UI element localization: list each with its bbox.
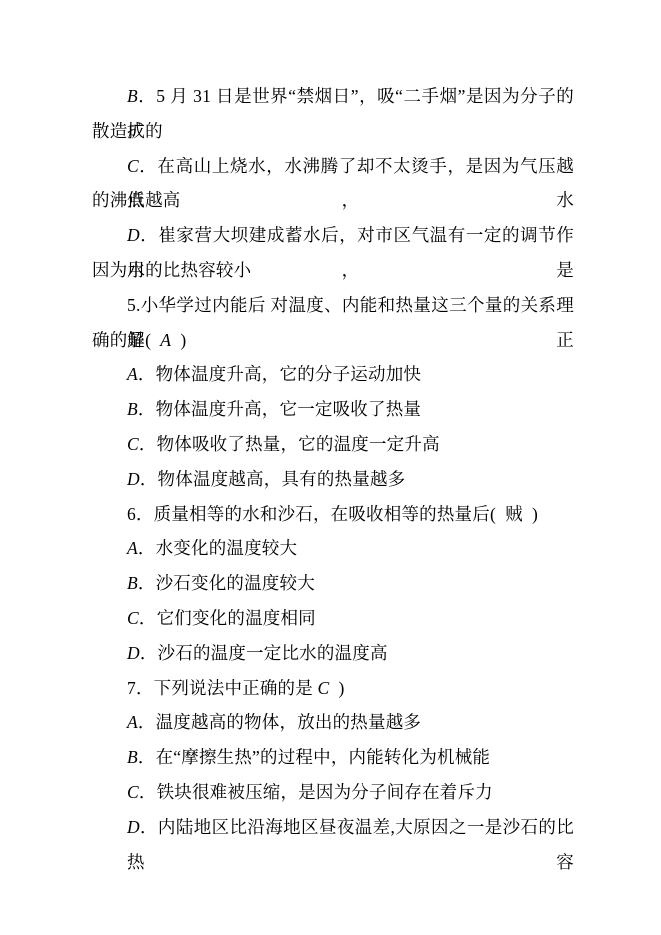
document-page: B．5 月 31 日是世界“禁烟日”，吸“二手烟”是因为分子的扩散造成的C．在高… [92, 79, 574, 845]
option-letter: C [127, 608, 139, 628]
text-run: 散造成的 [92, 121, 163, 141]
option-letter: C [127, 782, 139, 802]
text-run: ) [329, 678, 344, 698]
text-run: ．物体温度升高，它一定吸收了热量 [138, 399, 421, 419]
text-run: ．铁块很难被压缩，是因为分子间存在着斥力 [139, 782, 493, 802]
option-letter: A [127, 712, 138, 732]
text-run: 确的是( [92, 330, 160, 350]
text-line: C．在高山上烧水，水沸腾了却不太烫手，是因为气压越低，水 [92, 149, 574, 184]
text-line: B．沙石变化的温度较大 [92, 566, 574, 601]
option-letter: B [127, 573, 138, 593]
option-letter: A [127, 538, 138, 558]
option-letter: B [127, 399, 138, 419]
text-run: ．它们变化的温度相同 [139, 608, 316, 628]
text-line: A．温度越高的物体，放出的热量越多 [92, 705, 574, 740]
text-run: ．水变化的温度较大 [138, 538, 297, 558]
text-run: ．物体温度越高，具有的热量越多 [140, 469, 406, 489]
option-letter: D [127, 817, 140, 837]
text-line: 散造成的 [92, 114, 574, 149]
option-letter: C [127, 434, 139, 454]
option-letter: D [127, 643, 140, 663]
text-run: ．在“摩擦生热”的过程中，内能转化为机械能 [138, 747, 490, 767]
option-letter: D [127, 225, 140, 245]
text-run: ．物体温度升高，它的分子运动加快 [138, 364, 421, 384]
text-line: C．它们变化的温度相同 [92, 601, 574, 636]
text-run: ．在高山上烧水，水沸腾了却不太烫手，是因为气压越低，水 [127, 156, 574, 211]
option-letter: A [160, 330, 171, 350]
option-letter: C [318, 678, 330, 698]
text-line: B．在“摩擦生热”的过程中，内能转化为机械能 [92, 740, 574, 775]
text-line: A．物体温度升高，它的分子运动加快 [92, 357, 574, 392]
option-letter: D [127, 469, 140, 489]
text-run: ．内陆地区比沿海地区昼夜温差,大原因之一是沙石的比热容 [127, 817, 574, 872]
text-run: 因为水的比热容较小 [92, 260, 251, 280]
option-letter: C [127, 156, 139, 176]
text-line: B．5 月 31 日是世界“禁烟日”，吸“二手烟”是因为分子的扩 [92, 79, 574, 114]
option-letter: A [127, 364, 138, 384]
text-run: ．沙石的温度一定比水的温度高 [140, 643, 388, 663]
text-run: ．沙石变化的温度较大 [138, 573, 315, 593]
text-run: 6．质量相等的水和沙石，在吸收相等的热量后( 贼 ) [127, 504, 538, 524]
text-line: C．物体吸收了热量，它的温度一定升高 [92, 427, 574, 462]
text-line: D．沙石的温度一定比水的温度高 [92, 636, 574, 671]
text-line: 6．质量相等的水和沙石，在吸收相等的热量后( 贼 ) [92, 497, 574, 532]
text-line: D．内陆地区比沿海地区昼夜温差,大原因之一是沙石的比热容 [92, 810, 574, 845]
text-run: 7．下列说法中正确的是 [127, 678, 318, 698]
text-line: A．水变化的温度较大 [92, 531, 574, 566]
text-run: 5.小华学过内能后 对温度、内能和热量这三个量的关系理解正 [127, 295, 574, 350]
text-run: 的沸点越高 [92, 190, 181, 210]
text-run: ) [171, 330, 186, 350]
text-line: D．物体温度越高，具有的热量越多 [92, 462, 574, 497]
text-line: C．铁块很难被压缩，是因为分子间存在着斥力 [92, 775, 574, 810]
text-run: ．温度越高的物体，放出的热量越多 [138, 712, 421, 732]
text-line: D．崔家营大坝建成蓄水后，对市区气温有一定的调节作用，是 [92, 218, 574, 253]
text-run: ．物体吸收了热量，它的温度一定升高 [139, 434, 440, 454]
option-letter: B [127, 747, 138, 767]
text-line: 5.小华学过内能后 对温度、内能和热量这三个量的关系理解正 [92, 288, 574, 323]
text-line: B．物体温度升高，它一定吸收了热量 [92, 392, 574, 427]
option-letter: B [127, 86, 138, 106]
text-line: 7．下列说法中正确的是 C ) [92, 671, 574, 706]
